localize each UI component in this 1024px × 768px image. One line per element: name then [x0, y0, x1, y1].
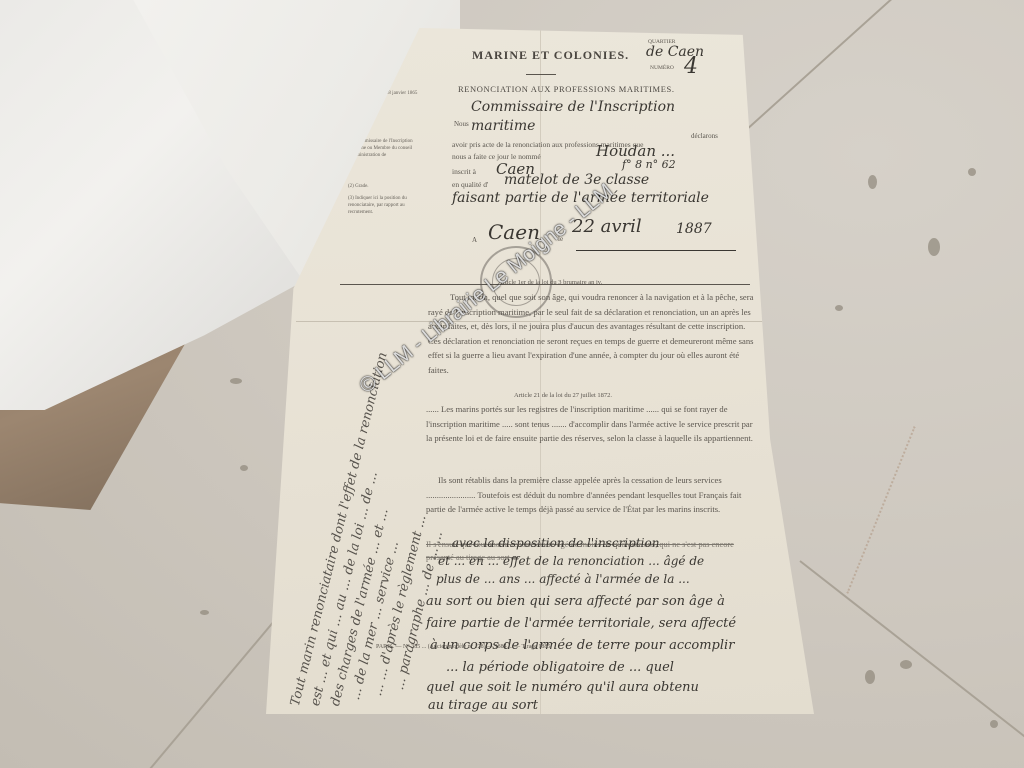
document-title: MARINE ET COLONIES. — [472, 48, 629, 63]
signature-rule — [576, 250, 736, 251]
header-rule — [526, 74, 556, 75]
year-hand: 1887 — [676, 221, 712, 237]
margin-note-2: (2) Grade. — [348, 183, 418, 190]
floor-speck — [240, 465, 248, 471]
annotation-line-4: au sort ou bien qui sera affecté par son… — [426, 594, 725, 609]
annotation-line-5: faire partie de l'armée territoriale, se… — [426, 616, 736, 631]
nous-hand: Commissaire de l'Inscription maritime — [471, 98, 731, 136]
article-2-heading: Article 21 de la loi du 27 juillet 1872. — [514, 392, 612, 399]
folio-hand: f° 8 n° 62 — [622, 158, 676, 171]
qualite-hand: matelot de 3e classe — [504, 172, 649, 188]
form-line-5: en qualité d' — [452, 180, 488, 189]
annotation-line-3: plus de ... ans ... affecté à l'armée de… — [436, 572, 690, 586]
annotation-line-7: ... la période obligatoire de ... quel — [446, 660, 674, 675]
floor-tile-seam — [799, 560, 1024, 746]
floor-speck — [900, 660, 912, 669]
declarons-label: déclarons — [691, 132, 718, 140]
nous-label: Nous — [454, 120, 469, 128]
floor-speck — [868, 175, 877, 189]
annotation-line-9: au tirage au sort — [428, 698, 538, 713]
floor-tile-seam — [149, 615, 279, 768]
floor-speck — [928, 238, 940, 256]
annotation-line-1: avec la disposition de l'inscription — [452, 536, 659, 550]
floor-speck — [865, 670, 875, 684]
floor-speck — [230, 378, 242, 384]
floor-speck — [990, 720, 998, 728]
floor-tile-seam — [744, 0, 901, 132]
number-label: NUMÉRO — [650, 65, 674, 71]
annotation-line-2: et ... en ... effet de la renonciation .… — [438, 554, 704, 568]
article-2-body: ...... Les marins portés sur les registr… — [426, 402, 758, 446]
article-2-body-continued: Ils sont rétablis dans la première class… — [426, 473, 758, 517]
margin-note-3: (3) Indiquer ici la position du renoncia… — [348, 195, 418, 216]
form-line-4: inscrit à — [452, 167, 476, 176]
floor-speck — [835, 305, 843, 311]
floor-vein — [846, 426, 915, 594]
floor-speck — [968, 168, 976, 176]
floor-speck — [200, 610, 209, 615]
place-prefix: A — [472, 236, 477, 244]
document-subtitle: RENONCIATION AUX PROFESSIONS MARITIMES. — [458, 84, 675, 94]
number-value: 4 — [684, 54, 698, 79]
annotation-line-8: quel que soit le numéro qu'il aura obten… — [426, 680, 699, 695]
